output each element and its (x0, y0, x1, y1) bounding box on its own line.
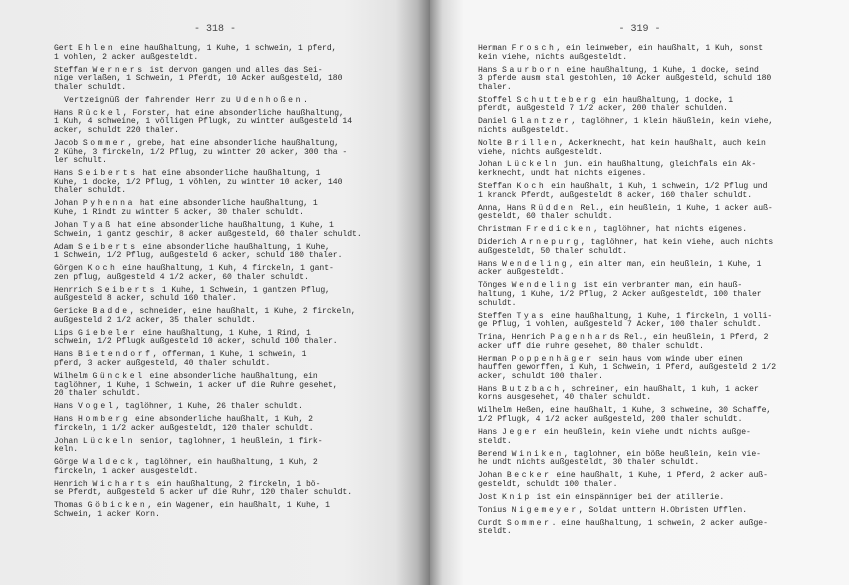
page-number: - 319 - (430, 24, 849, 35)
entry-text: , taglöhner, 1 Kuhe, 26 thaler schuldt. (115, 402, 302, 411)
register-entry: Hans Jeger ein heußlein, kein viehe undt… (478, 429, 840, 446)
register-entry: Anna, Hans Rüdden Rel., ein heußlein, 1 … (478, 205, 840, 222)
register-entry: Görgen Koch eine haußhaltung, 1 Kuh, 4 f… (54, 265, 414, 282)
register-entry: Steffan Werners ist dervon gangen und al… (54, 67, 414, 93)
register-entry: Johan Pyhenna hat eine absonderliche hau… (54, 200, 414, 217)
register-entry: Trina, Henrich Pagenhards Rel., ein heuß… (478, 334, 840, 351)
right-page: - 319 - Herman Frosch, ein leinweber, ei… (430, 0, 849, 585)
register-entry: Henrrich Seiberts 1 Kuhe, 1 Schwein, 1 g… (54, 287, 414, 304)
entry-given-name: Jost (478, 493, 502, 502)
register-entry: Herman Frosch, ein leinweber, ein haußha… (478, 45, 840, 62)
register-entry: Hans Rückel, Forster, hat eine absonderl… (54, 110, 414, 136)
register-entry: Steffen Tyas eine haußhaltung, 1 Kuhe, 1… (478, 313, 840, 330)
page-number: - 318 - (0, 24, 430, 35)
register-entry: Gericke Badde, schneider, eine haußhalt,… (54, 308, 414, 325)
register-entry: Wilhelm Günckel eine absonderliche haußh… (54, 373, 414, 399)
left-page: - 318 - Gert Ehlen eine haußhaltung, 1 K… (0, 0, 430, 585)
register-entry: Diderich Arnepurg, taglöhner, hat kein v… (478, 239, 840, 256)
register-entry: Johan Lückeln senior, taglohner, 1 heußl… (54, 438, 414, 455)
register-entry: Hans Seiberts hat eine absonderliche hau… (54, 170, 414, 196)
register-entry: Stoffel Schutteberg ein haußhaltung, 1 d… (478, 97, 840, 114)
register-entry: Curdt Sommer. eine haußhaltung, 1 schwei… (478, 520, 840, 537)
register-entry: Nolte Brillen, Ackerknecht, hat kein hau… (478, 140, 840, 157)
register-entry: Hans Vogel, taglöhner, 1 Kuhe, 26 thaler… (54, 403, 414, 412)
entry-surname: Lückeln (83, 437, 135, 446)
entry-surname: Nigemeyer (512, 506, 579, 515)
register-entry: Christman Fredicken, taglöhner, hat nich… (478, 226, 840, 235)
register-entry: Berend Winiken, taglohner, ein böße heuß… (478, 451, 840, 468)
register-entry: Daniel Glantzer, taglöhner, 1 klein häuß… (478, 118, 840, 135)
entry-text: , Soldat unttern H.Obristen Ufflen. (579, 506, 747, 515)
entry-given-name: Tonius (478, 506, 512, 515)
entry-text: , taglöhner, hat nichts eigenes. (593, 225, 747, 234)
entry-given-name: Vertzeignüß der fahrender Herr zu (64, 96, 236, 105)
entry-given-name: Christman (478, 225, 526, 234)
register-entry: Adam Seiberts eine absonderliche haußhal… (54, 244, 414, 261)
register-entry: Hans Saurborn eine haußhaltung, 1 Kuhe, … (478, 67, 840, 93)
register-entry: Johan Becker eine haußhalt, 1 Kuhe, 1 Pf… (478, 472, 840, 489)
register-entry: Jacob Sommer, grebe, hat eine absonderli… (54, 140, 414, 166)
register-entry: Thomas Göbicken, ein Wagener, ein haußha… (54, 502, 414, 519)
entry-list: Herman Frosch, ein leinweber, ein haußha… (478, 45, 840, 541)
entry-given-name: Hans (54, 402, 78, 411)
register-entry: Hans Bietendorf, offerman, 1 Kuhe, 1 sch… (54, 351, 414, 368)
entry-list: Gert Ehlen eine haußhaltung, 1 Kuhe, 1 s… (54, 45, 414, 524)
book-spread: - 318 - Gert Ehlen eine haußhaltung, 1 K… (0, 0, 849, 585)
entry-text: . (303, 96, 308, 105)
register-entry: Gert Ehlen eine haußhaltung, 1 Kuhe, 1 s… (54, 45, 414, 62)
register-entry: Tönges Wendeling ist ein verbranter man,… (478, 282, 840, 308)
register-entry: Tonius Nigemeyer, Soldat unttern H.Obris… (478, 507, 840, 516)
register-entry: Hans Homberg eine absonderliche haußhalt… (54, 416, 414, 433)
register-entry: Johan Lückeln jun. ein haußhaltung, glei… (478, 161, 840, 178)
register-entry: Herman Poppenhäger sein haus vom winde u… (478, 356, 840, 382)
register-entry: Görge Waldeck, taglöhner, ein haußhaltun… (54, 459, 414, 476)
section-heading: Vertzeignüß der fahrender Herr zu Udenho… (54, 97, 414, 106)
entry-surname: Fredicken (526, 225, 593, 234)
entry-text: ist ein einspänniger bei der atillerie. (532, 493, 724, 502)
register-entry: Steffan Koch ein haußhalt, 1 Kuh, 1 schw… (478, 183, 840, 200)
register-entry: Wilhelm Heßen, eine haußhalt, 1 Kuhe, 3 … (478, 407, 840, 424)
entry-surname: Udenhoßen (236, 96, 303, 105)
entry-surname: Sommer (507, 519, 552, 528)
register-entry: Henrich Wicharts ein haußhaltung, 2 firc… (54, 481, 414, 498)
entry-surname: Knip (502, 493, 532, 502)
register-entry: Jost Knip ist ein einspänniger bei der a… (478, 494, 840, 503)
register-entry: Lips Giebeler eine haußhaltung, 1 Kuhe, … (54, 330, 414, 347)
entry-surname: Vogel (78, 402, 115, 411)
register-entry: Johan Tyaß hat eine absonderliche haußha… (54, 222, 414, 239)
register-entry: Hans Butzbach, schreiner, ein haußhalt, … (478, 386, 840, 403)
register-entry: Hans Wendeling, ein alter man, ein heußl… (478, 261, 840, 278)
entry-text: Heßen, eine haußhalt, 1 Kuhe, 3 schweine… (478, 406, 771, 424)
